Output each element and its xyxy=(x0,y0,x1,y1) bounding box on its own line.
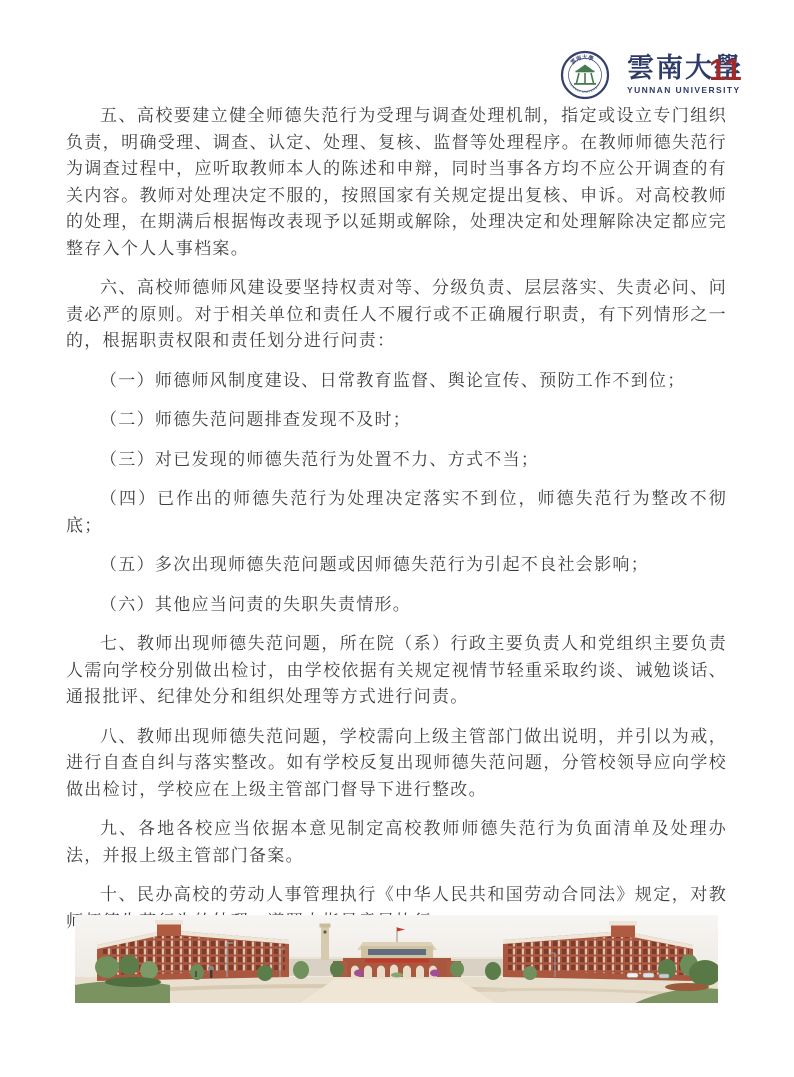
page-number: 11 xyxy=(709,50,742,90)
list-item-2: （二）师德失范问题排查发现不及时； xyxy=(66,407,727,434)
paragraph-6: 六、高校师德师风建设要坚持权责对等、分级负责、层层落实、失责必问、问责必严的原则… xyxy=(66,275,727,355)
list-item-6: （六）其他应当问责的失职失责情形。 xyxy=(66,592,727,619)
campus-panorama-photo xyxy=(75,915,718,1003)
paragraph-8: 八、教师出现师德失范问题，学校需向上级主管部门做出说明，并引以为戒，进行自查自纠… xyxy=(66,724,727,804)
paragraph-9: 九、各地各校应当依据本意见制定高校教师师德失范行为负面清单及处理办法，并报上级主… xyxy=(66,816,727,869)
paragraph-5: 五、高校要建立健全师德失范行为受理与调查处理机制，指定或设立专门组织负责，明确受… xyxy=(66,103,727,262)
paragraph-7: 七、教师出现师德失范问题，所在院（系）行政主要负责人和党组织主要负责人需向学校分… xyxy=(66,631,727,711)
university-seal-icon: 雲南大學 YUNNAN UNIVERSITY xyxy=(559,49,611,101)
list-item-4: （四）已作出的师德失范行为处理决定落实不到位，师德失范行为整改不彻底； xyxy=(66,486,727,539)
document-body: 五、高校要建立健全师德失范行为受理与调查处理机制，指定或设立专门组织负责，明确受… xyxy=(66,103,727,948)
list-item-3: （三）对已发现的师德失范行为处置不力、方式不当； xyxy=(66,447,727,474)
list-item-1: （一）师德师风制度建设、日常教育监督、舆论宣传、预防工作不到位； xyxy=(66,368,727,395)
document-page: 雲南大學 YUNNAN UNIVERSITY 雲南大學 YUNNAN UNIVE… xyxy=(0,0,794,1077)
list-item-5: （五）多次出现师德失范问题或因师德失范行为引起不良社会影响； xyxy=(66,552,727,579)
